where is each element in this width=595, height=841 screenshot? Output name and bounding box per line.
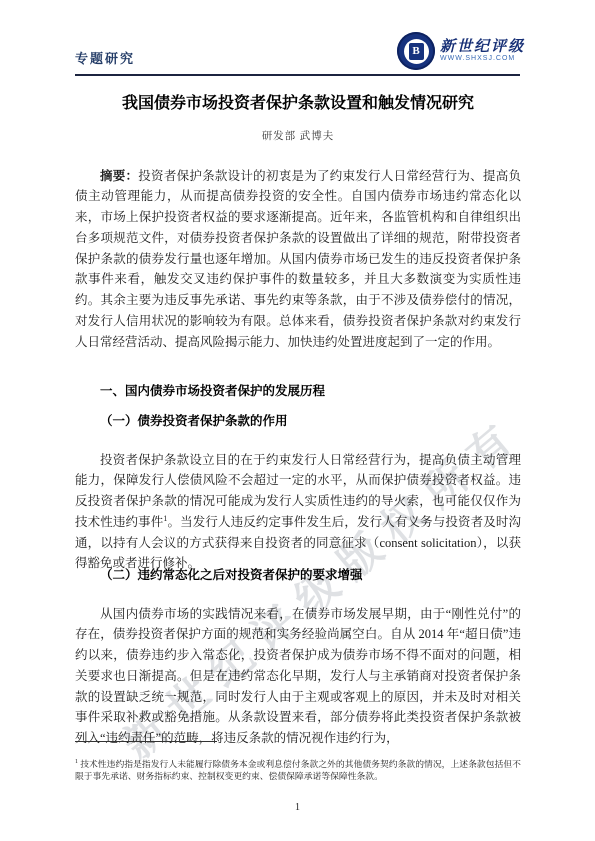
- body-paragraph-2: 从国内债券市场的实践情况来看，在债券市场发展早期，由于“刚性兑付”的存在，债券投…: [75, 604, 521, 750]
- page-number: 1: [0, 802, 595, 813]
- document-title: 我国债券市场投资者保护条款设置和触发情况研究: [75, 90, 521, 113]
- subsection-heading-1-2: （二）违约常态化之后对投资者保护的要求增强: [75, 565, 521, 583]
- abstract-paragraph: 摘要：投资者保护条款设计的初衷是为了约束发行人日常经营行为、提高负债主动管理能力…: [75, 166, 521, 353]
- footnote-separator: [75, 741, 217, 742]
- brand-seal-inner-ring: B: [404, 39, 429, 64]
- body-paragraph-1: 投资者保护条款设立目的在于约束发行人日常经营行为，提高负债主动管理能力，保障发行…: [75, 450, 521, 575]
- abstract-label: 摘要：: [100, 169, 138, 183]
- document-page: 新世纪评级版权所有 专题研究 B 新世纪评级 WWW.SHXSJ.COM 我国债…: [0, 0, 595, 841]
- header-section-label: 专题研究: [75, 48, 135, 67]
- brand-logo: B 新世纪评级 WWW.SHXSJ.COM: [397, 32, 525, 70]
- brand-seal-icon: B: [397, 32, 435, 70]
- brand-seal-monogram: B: [409, 43, 424, 60]
- document-author: 研发部 武博夫: [75, 128, 521, 143]
- brand-text-block: 新世纪评级 WWW.SHXSJ.COM: [440, 39, 525, 63]
- footnote: 1 技术性违约指是指发行人未能履行除债务本金或利息偿付条款之外的其他债务契约条款…: [75, 756, 521, 783]
- brand-website: WWW.SHXSJ.COM: [440, 55, 525, 63]
- footnote-marker: 1: [75, 759, 78, 765]
- footnote-text: 技术性违约指是指发行人未能履行除债务本金或利息偿付条款之外的其他债务契约条款的情…: [75, 759, 521, 782]
- section-heading-1: 一、国内债券市场投资者保护的发展历程: [75, 381, 521, 399]
- brand-name: 新世纪评级: [440, 39, 525, 56]
- header-divider: [75, 74, 520, 76]
- subsection-heading-1-1: （一）债券投资者保护条款的作用: [75, 411, 521, 429]
- abstract-text: 投资者保护条款设计的初衷是为了约束发行人日常经营行为、提高负债主动管理能力，从而…: [75, 169, 521, 349]
